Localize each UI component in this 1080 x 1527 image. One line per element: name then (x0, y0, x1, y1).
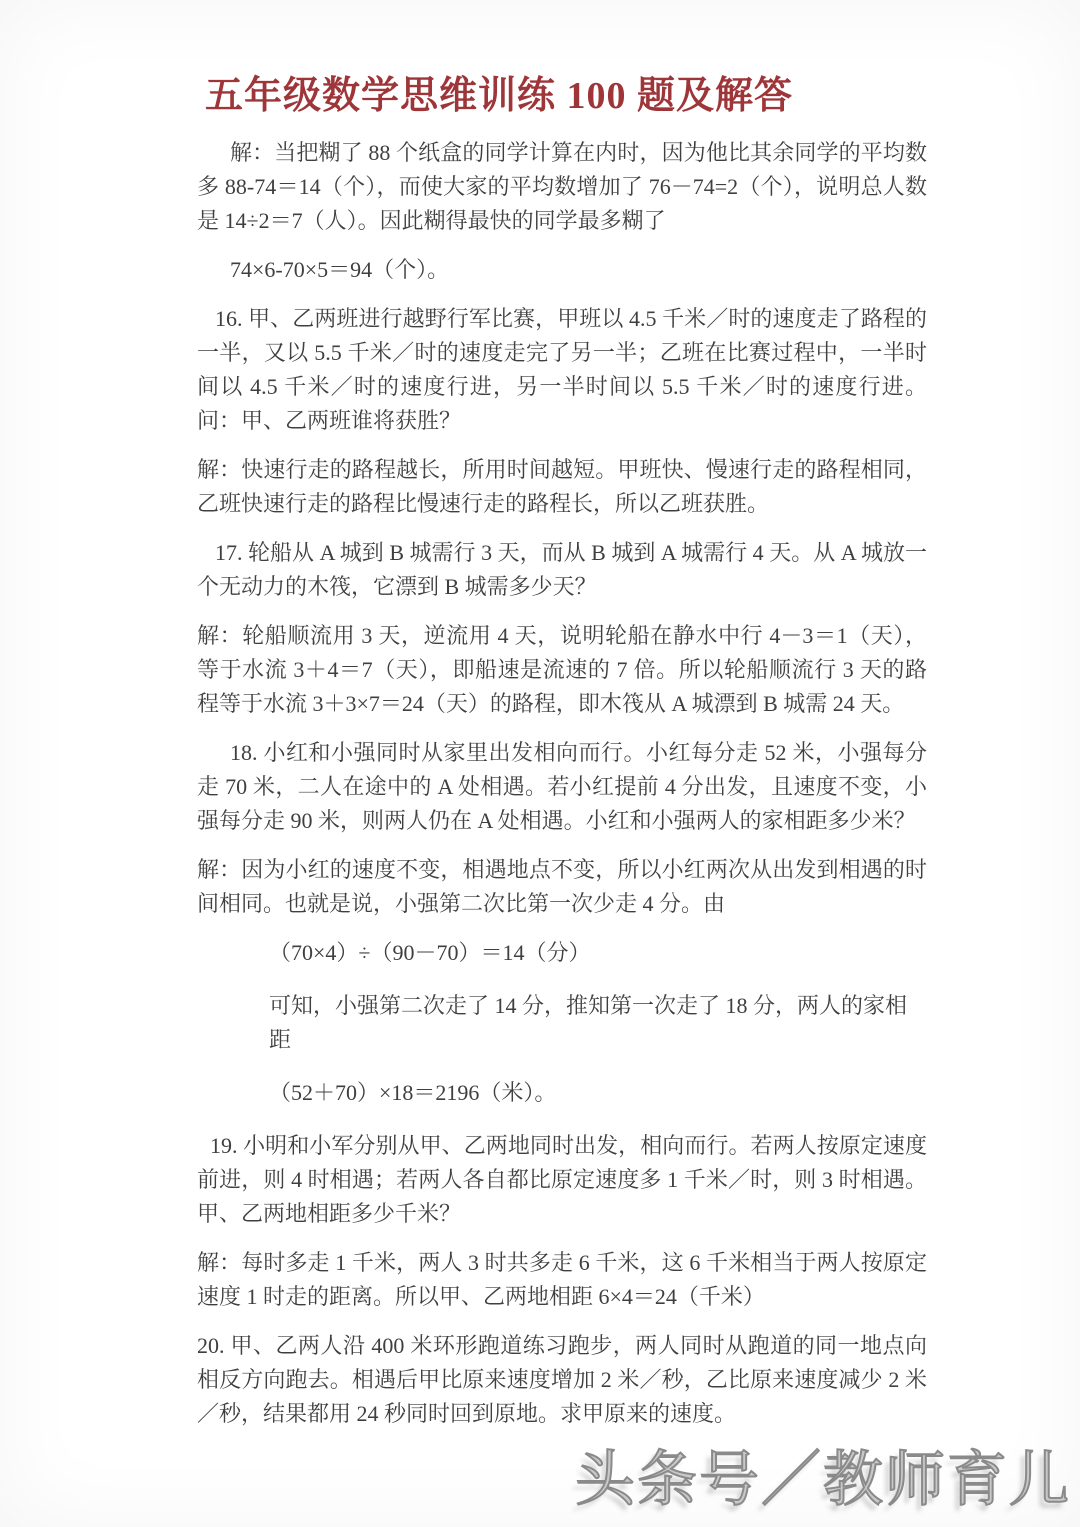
formula-solution-18-b: （52＋70）×18＝2196（米）。 (269, 1076, 927, 1110)
problem-16: 16. 甲、乙两班进行越野行军比赛，甲班以 4.5 千米／时的速度走了路程的一半… (197, 302, 927, 438)
problem-19: 19. 小明和小军分别从甲、乙两地同时出发，相向而行。若两人按原定速度前进，则 … (197, 1129, 927, 1231)
document-body: 五年级数学思维训练 100 题及解答 解：当把糊了 88 个纸盒的同学计算在内时… (197, 74, 927, 1446)
solution-17: 解：轮船顺流用 3 天，逆流用 4 天，说明轮船在静水中行 4－3＝1（天），等… (197, 619, 927, 721)
solution-18-part2: 可知，小强第二次走了 14 分，推知第一次走了 18 分，两人的家相距 (269, 989, 927, 1057)
paragraph-solution-15: 解：当把糊了 88 个纸盒的同学计算在内时，因为他比其余同学的平均数多 88-7… (197, 136, 927, 238)
problem-17: 17. 轮船从 A 城到 B 城需行 3 天，而从 B 城到 A 城需行 4 天… (197, 536, 927, 604)
solution-18-part1: 解：因为小红的速度不变，相遇地点不变，所以小红两次从出发到相遇的时间相同。也就是… (197, 853, 927, 921)
page-title: 五年级数学思维训练 100 题及解答 (205, 74, 927, 120)
problem-20: 20. 甲、乙两人沿 400 米环形跑道练习跑步，两人同时从跑道的同一地点向相反… (197, 1329, 927, 1431)
formula-solution-15: 74×6-70×5＝94（个）。 (197, 253, 927, 287)
document-page: 五年级数学思维训练 100 题及解答 解：当把糊了 88 个纸盒的同学计算在内时… (0, 0, 1080, 1527)
solution-16: 解：快速行走的路程越长，所用时间越短。甲班快、慢速行走的路程相同，乙班快速行走的… (197, 453, 927, 521)
problem-18: 18. 小红和小强同时从家里出发相向而行。小红每分走 52 米，小强每分走 70… (197, 736, 927, 838)
watermark: 头条号／教师育儿 (575, 1432, 1071, 1518)
formula-solution-18-a: （70×4）÷（90－70）＝14（分） (269, 936, 927, 970)
solution-19: 解：每时多走 1 千米，两人 3 时共多走 6 千米，这 6 千米相当于两人按原… (197, 1246, 927, 1314)
